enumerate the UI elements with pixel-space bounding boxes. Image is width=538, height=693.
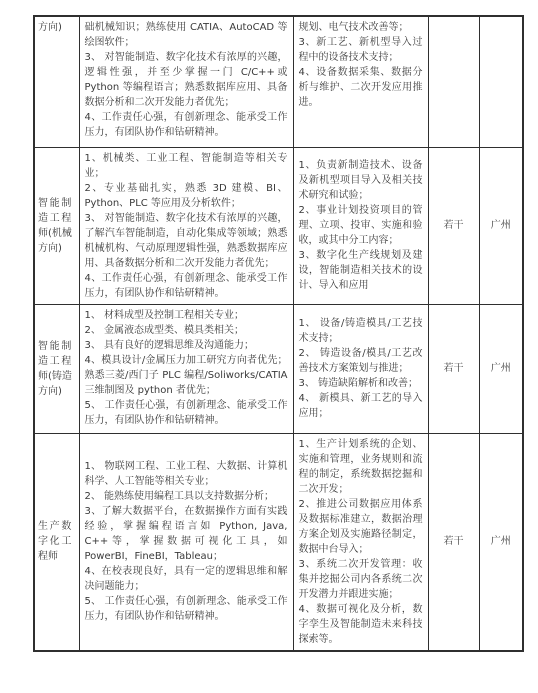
table-row: 方向) 础机械知识；熟练使用 CATIA、AutoCAD 等绘图软件； 3、 对… bbox=[34, 16, 523, 147]
requirements-cell: 1、 物联网工程、工业工程、大数据、计算机科学、人工智能等相关专业； 2、 能熟… bbox=[79, 433, 293, 651]
job-title-cell: 生 产 数 字 化 工 程师 bbox=[34, 433, 79, 651]
headcount-cell: 若干 bbox=[428, 304, 479, 433]
location-cell bbox=[479, 16, 523, 147]
headcount-cell: 若干 bbox=[428, 147, 479, 304]
requirements-cell: 础机械知识；熟练使用 CATIA、AutoCAD 等绘图软件； 3、 对智能制造… bbox=[79, 16, 293, 147]
job-title-cell: 智 能 制 造 工 程 师(铸造 方向) bbox=[34, 304, 79, 433]
document-page: 方向) 础机械知识；熟练使用 CATIA、AutoCAD 等绘图软件； 3、 对… bbox=[0, 0, 538, 693]
requirements-cell: 1、机械类、工业工程、智能制造等相关专业； 2、专业基础扎实，熟悉 3D 建模、… bbox=[79, 147, 293, 304]
duties-cell: 1、负责新制造技术、设备及新机型项目导入及相关技术研究和试验； 2、事业计划投资… bbox=[293, 147, 428, 304]
location-cell: 广州 bbox=[479, 433, 523, 651]
duties-cell: 规划、电气技术改善等； 3、新工艺、新机型导入过程中的设备技术支持； 4、设备数… bbox=[293, 16, 428, 147]
headcount-cell bbox=[428, 16, 479, 147]
location-cell: 广州 bbox=[479, 147, 523, 304]
duties-cell: 1、 设备/铸造模具/工艺技术支持； 2、 铸造设备/模具/工艺改善技术方案策划… bbox=[293, 304, 428, 433]
table-row: 智 能 制 造 工 程 师(机械 方向) 1、机械类、工业工程、智能制造等相关专… bbox=[34, 147, 523, 304]
job-title-cell: 方向) bbox=[34, 16, 79, 147]
requirements-cell: 1、 材料成型及控制工程相关专业； 2、 金属液态成型类、模具类相关； 3、 具… bbox=[79, 304, 293, 433]
headcount-cell: 若干 bbox=[428, 433, 479, 651]
table-row: 智 能 制 造 工 程 师(铸造 方向) 1、 材料成型及控制工程相关专业； 2… bbox=[34, 304, 523, 433]
job-title-cell: 智 能 制 造 工 程 师(机械 方向) bbox=[34, 147, 79, 304]
duties-cell: 1、生产计划系统的企划、实施和管理，业务规则和流程的制定，系统数据挖掘和二次开发… bbox=[293, 433, 428, 651]
job-postings-table: 方向) 础机械知识；熟练使用 CATIA、AutoCAD 等绘图软件； 3、 对… bbox=[33, 15, 524, 652]
location-cell: 广州 bbox=[479, 304, 523, 433]
table-row: 生 产 数 字 化 工 程师 1、 物联网工程、工业工程、大数据、计算机科学、人… bbox=[34, 433, 523, 651]
